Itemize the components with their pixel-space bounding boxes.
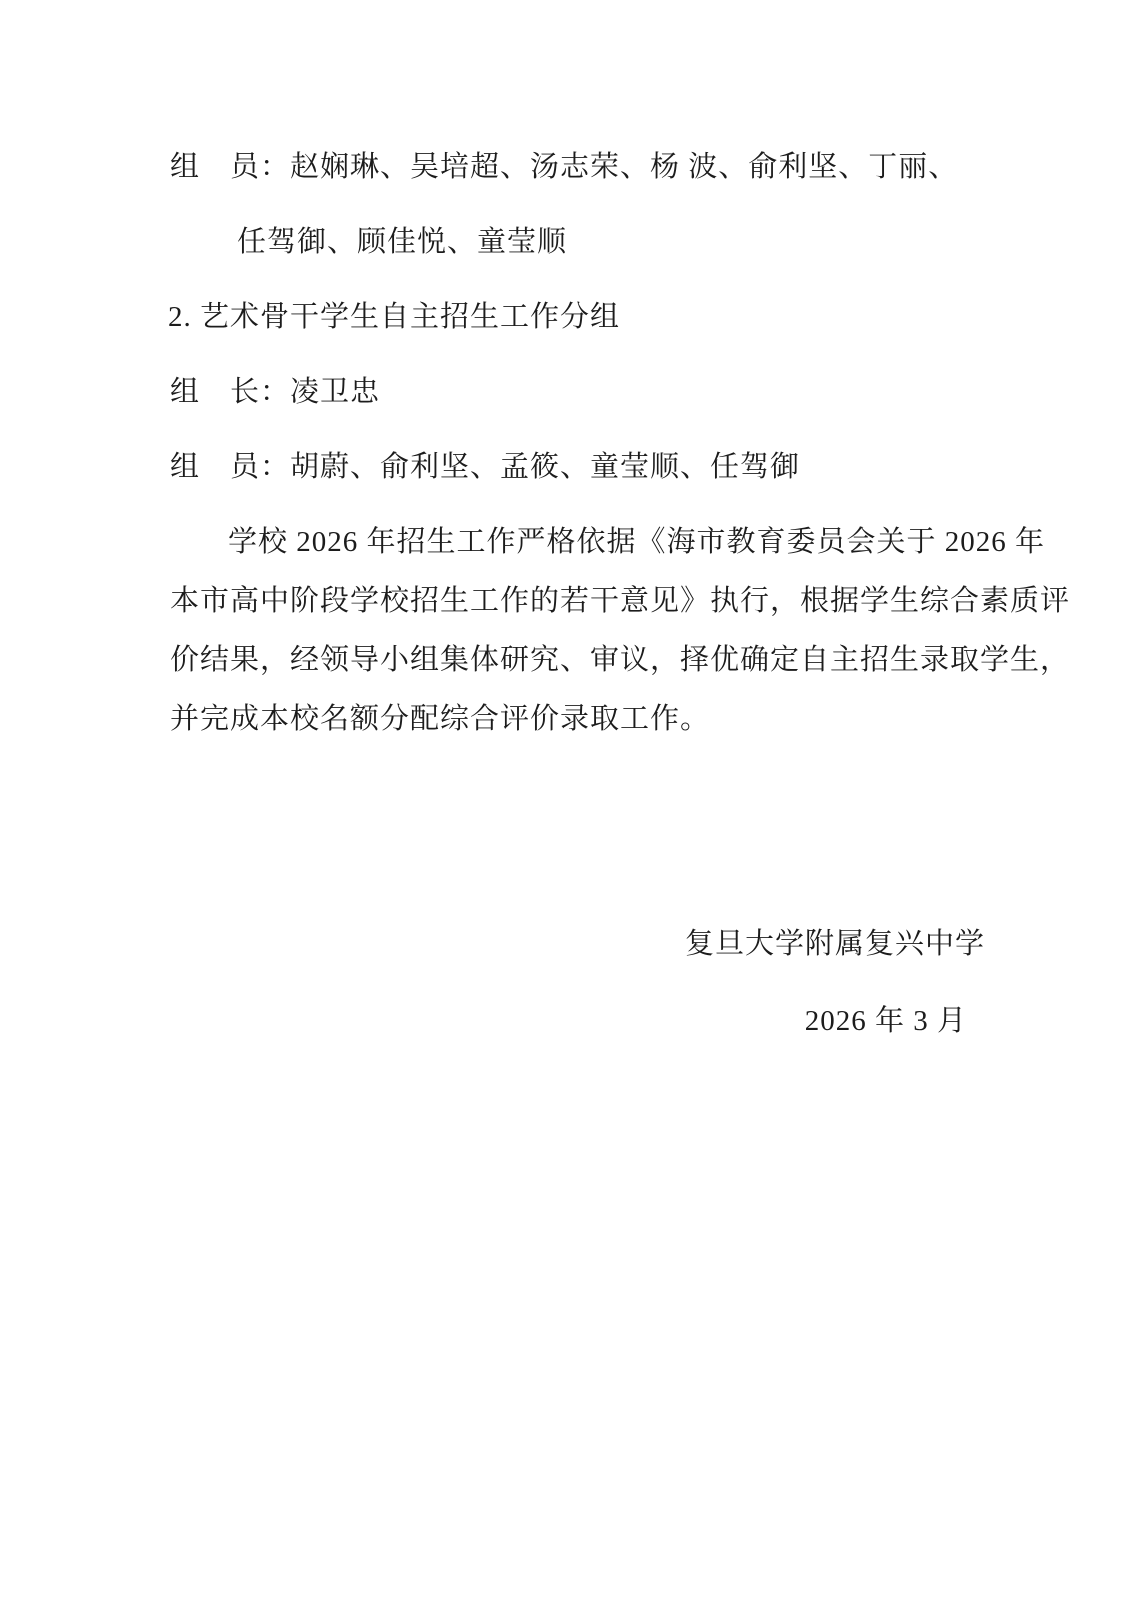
section2-heading: 2. 艺术骨干学生自主招生工作分组 — [168, 303, 620, 332]
group1-members-line1: 组 员：赵娴琳、吴培超、汤志荣、杨 波、俞利坚、丁丽、 — [170, 153, 958, 182]
closing-paragraph-line1: 学校 2026 年招生工作严格依据《海市教育委员会关于 2026 年 — [170, 528, 1045, 557]
signature-date: 2026 年 3 月 — [805, 1007, 967, 1036]
document-page: 组 员：赵娴琳、吴培超、汤志荣、杨 波、俞利坚、丁丽、 任驾御、顾佳悦、童莹顺 … — [0, 0, 1139, 1611]
group2-members-line: 组 员：胡蔚、俞利坚、孟筱、童莹顺、任驾御 — [170, 453, 800, 482]
signature-school-name: 复旦大学附属复兴中学 — [685, 930, 985, 959]
closing-paragraph-line2: 本市高中阶段学校招生工作的若干意见》执行，根据学生综合素质评 — [170, 587, 1070, 616]
group2-leader-line: 组 长：凌卫忠 — [170, 378, 380, 407]
group1-members-line2: 任驾御、顾佳悦、童莹顺 — [237, 228, 567, 257]
closing-paragraph-line3: 价结果，经领导小组集体研究、审议，择优确定自主招生录取学生， — [170, 646, 1070, 675]
closing-paragraph-line4: 并完成本校名额分配综合评价录取工作。 — [170, 705, 710, 734]
